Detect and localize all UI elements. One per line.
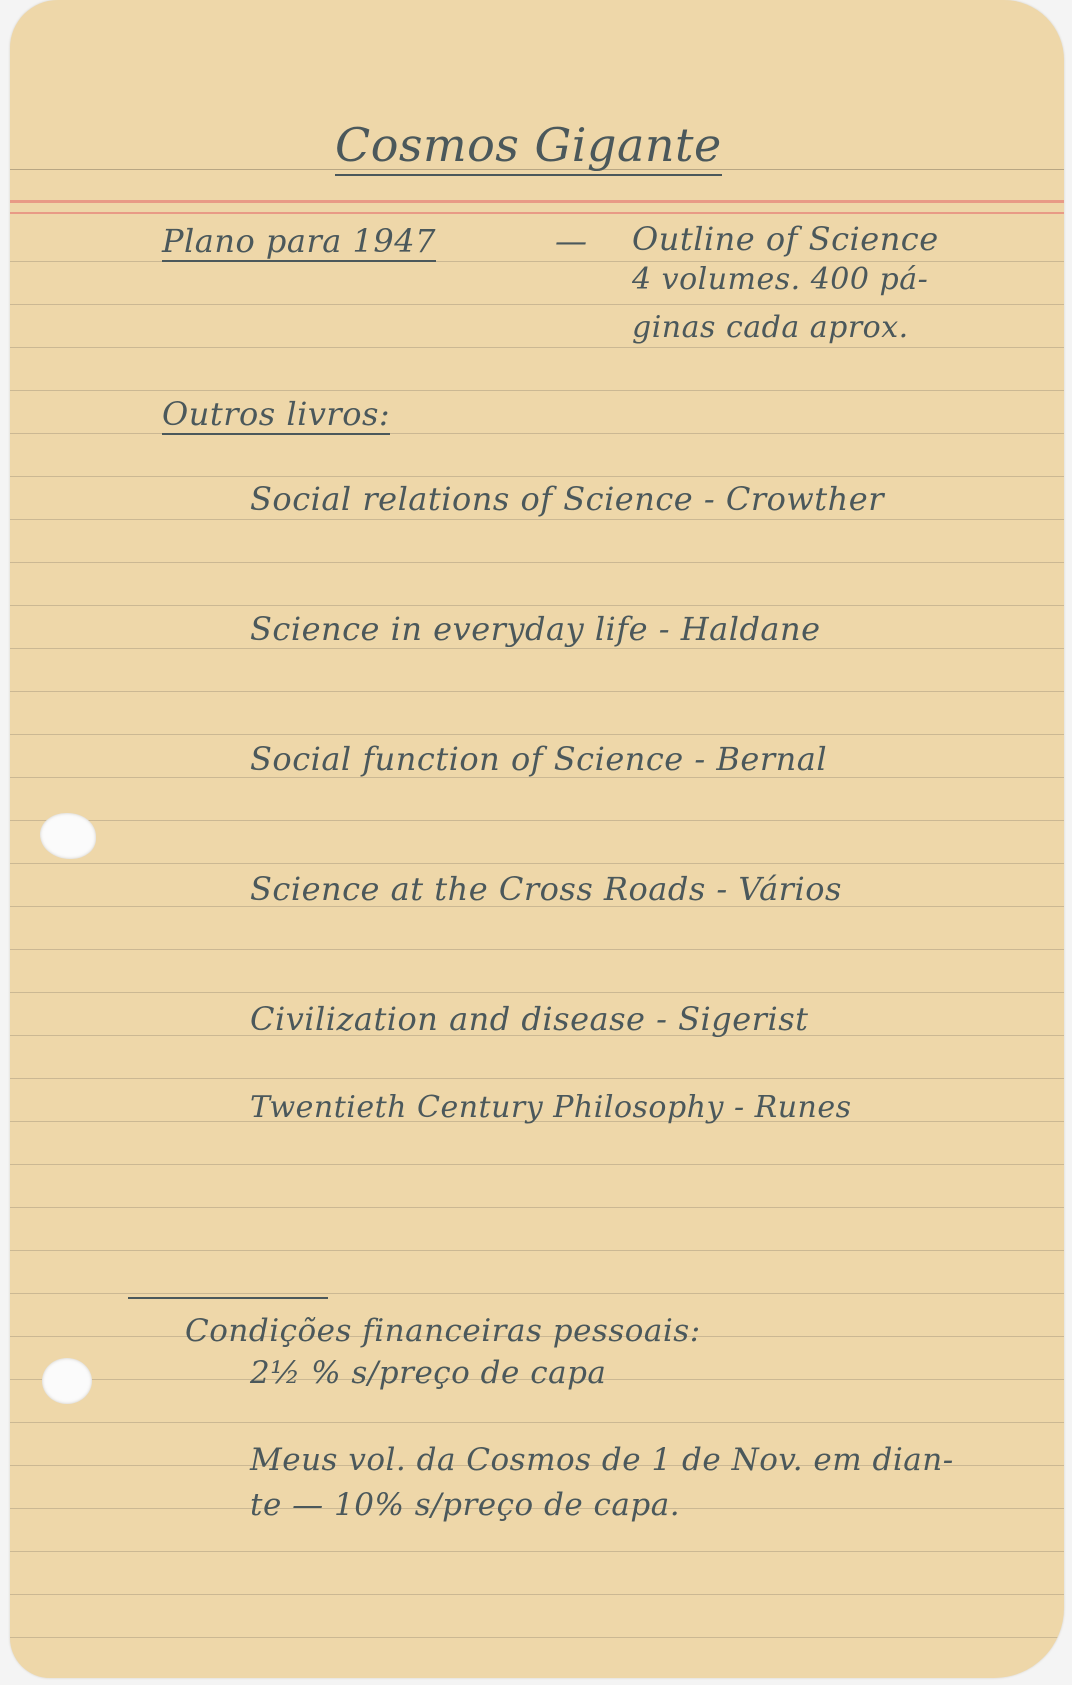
red-header-rule — [10, 200, 1064, 203]
plan-line: Outline of Science — [632, 220, 939, 258]
financial-condition-line: Meus vol. da Cosmos de 1 de Nov. em dian… — [250, 1442, 954, 1478]
financial-condition-line: 2½ % s/preço de capa — [250, 1355, 606, 1391]
book-entry: Twentieth Century Philosophy - Runes — [250, 1090, 852, 1125]
book-entry: Social relations of Science - Crowther — [250, 480, 884, 518]
book-entry: Civilization and disease - Sigerist — [250, 1000, 808, 1038]
plan-dash: — — [555, 222, 588, 260]
financial-condition-line: te — 10% s/preço de capa. — [250, 1487, 680, 1523]
plan-line: ginas cada aprox. — [632, 310, 909, 345]
note-card: Cosmos Gigante Plano para 1947 — Outline… — [10, 0, 1064, 1678]
financial-conditions-heading: Condições financeiras pessoais: — [185, 1313, 701, 1349]
red-header-rule-second — [10, 212, 1064, 214]
section-divider — [128, 1297, 328, 1299]
plan-line: 4 volumes. 400 pá- — [632, 262, 928, 297]
plan-label: Plano para 1947 — [162, 222, 436, 262]
punch-hole-lower — [42, 1358, 92, 1404]
book-entry: Social function of Science - Bernal — [250, 740, 827, 778]
book-entry: Science at the Cross Roads - Vários — [250, 870, 842, 908]
punch-hole-upper — [40, 813, 96, 859]
book-entry: Science in everyday life - Haldane — [250, 610, 821, 648]
other-books-heading: Outros livros: — [162, 395, 390, 435]
page-title: Cosmos Gigante — [335, 118, 722, 176]
